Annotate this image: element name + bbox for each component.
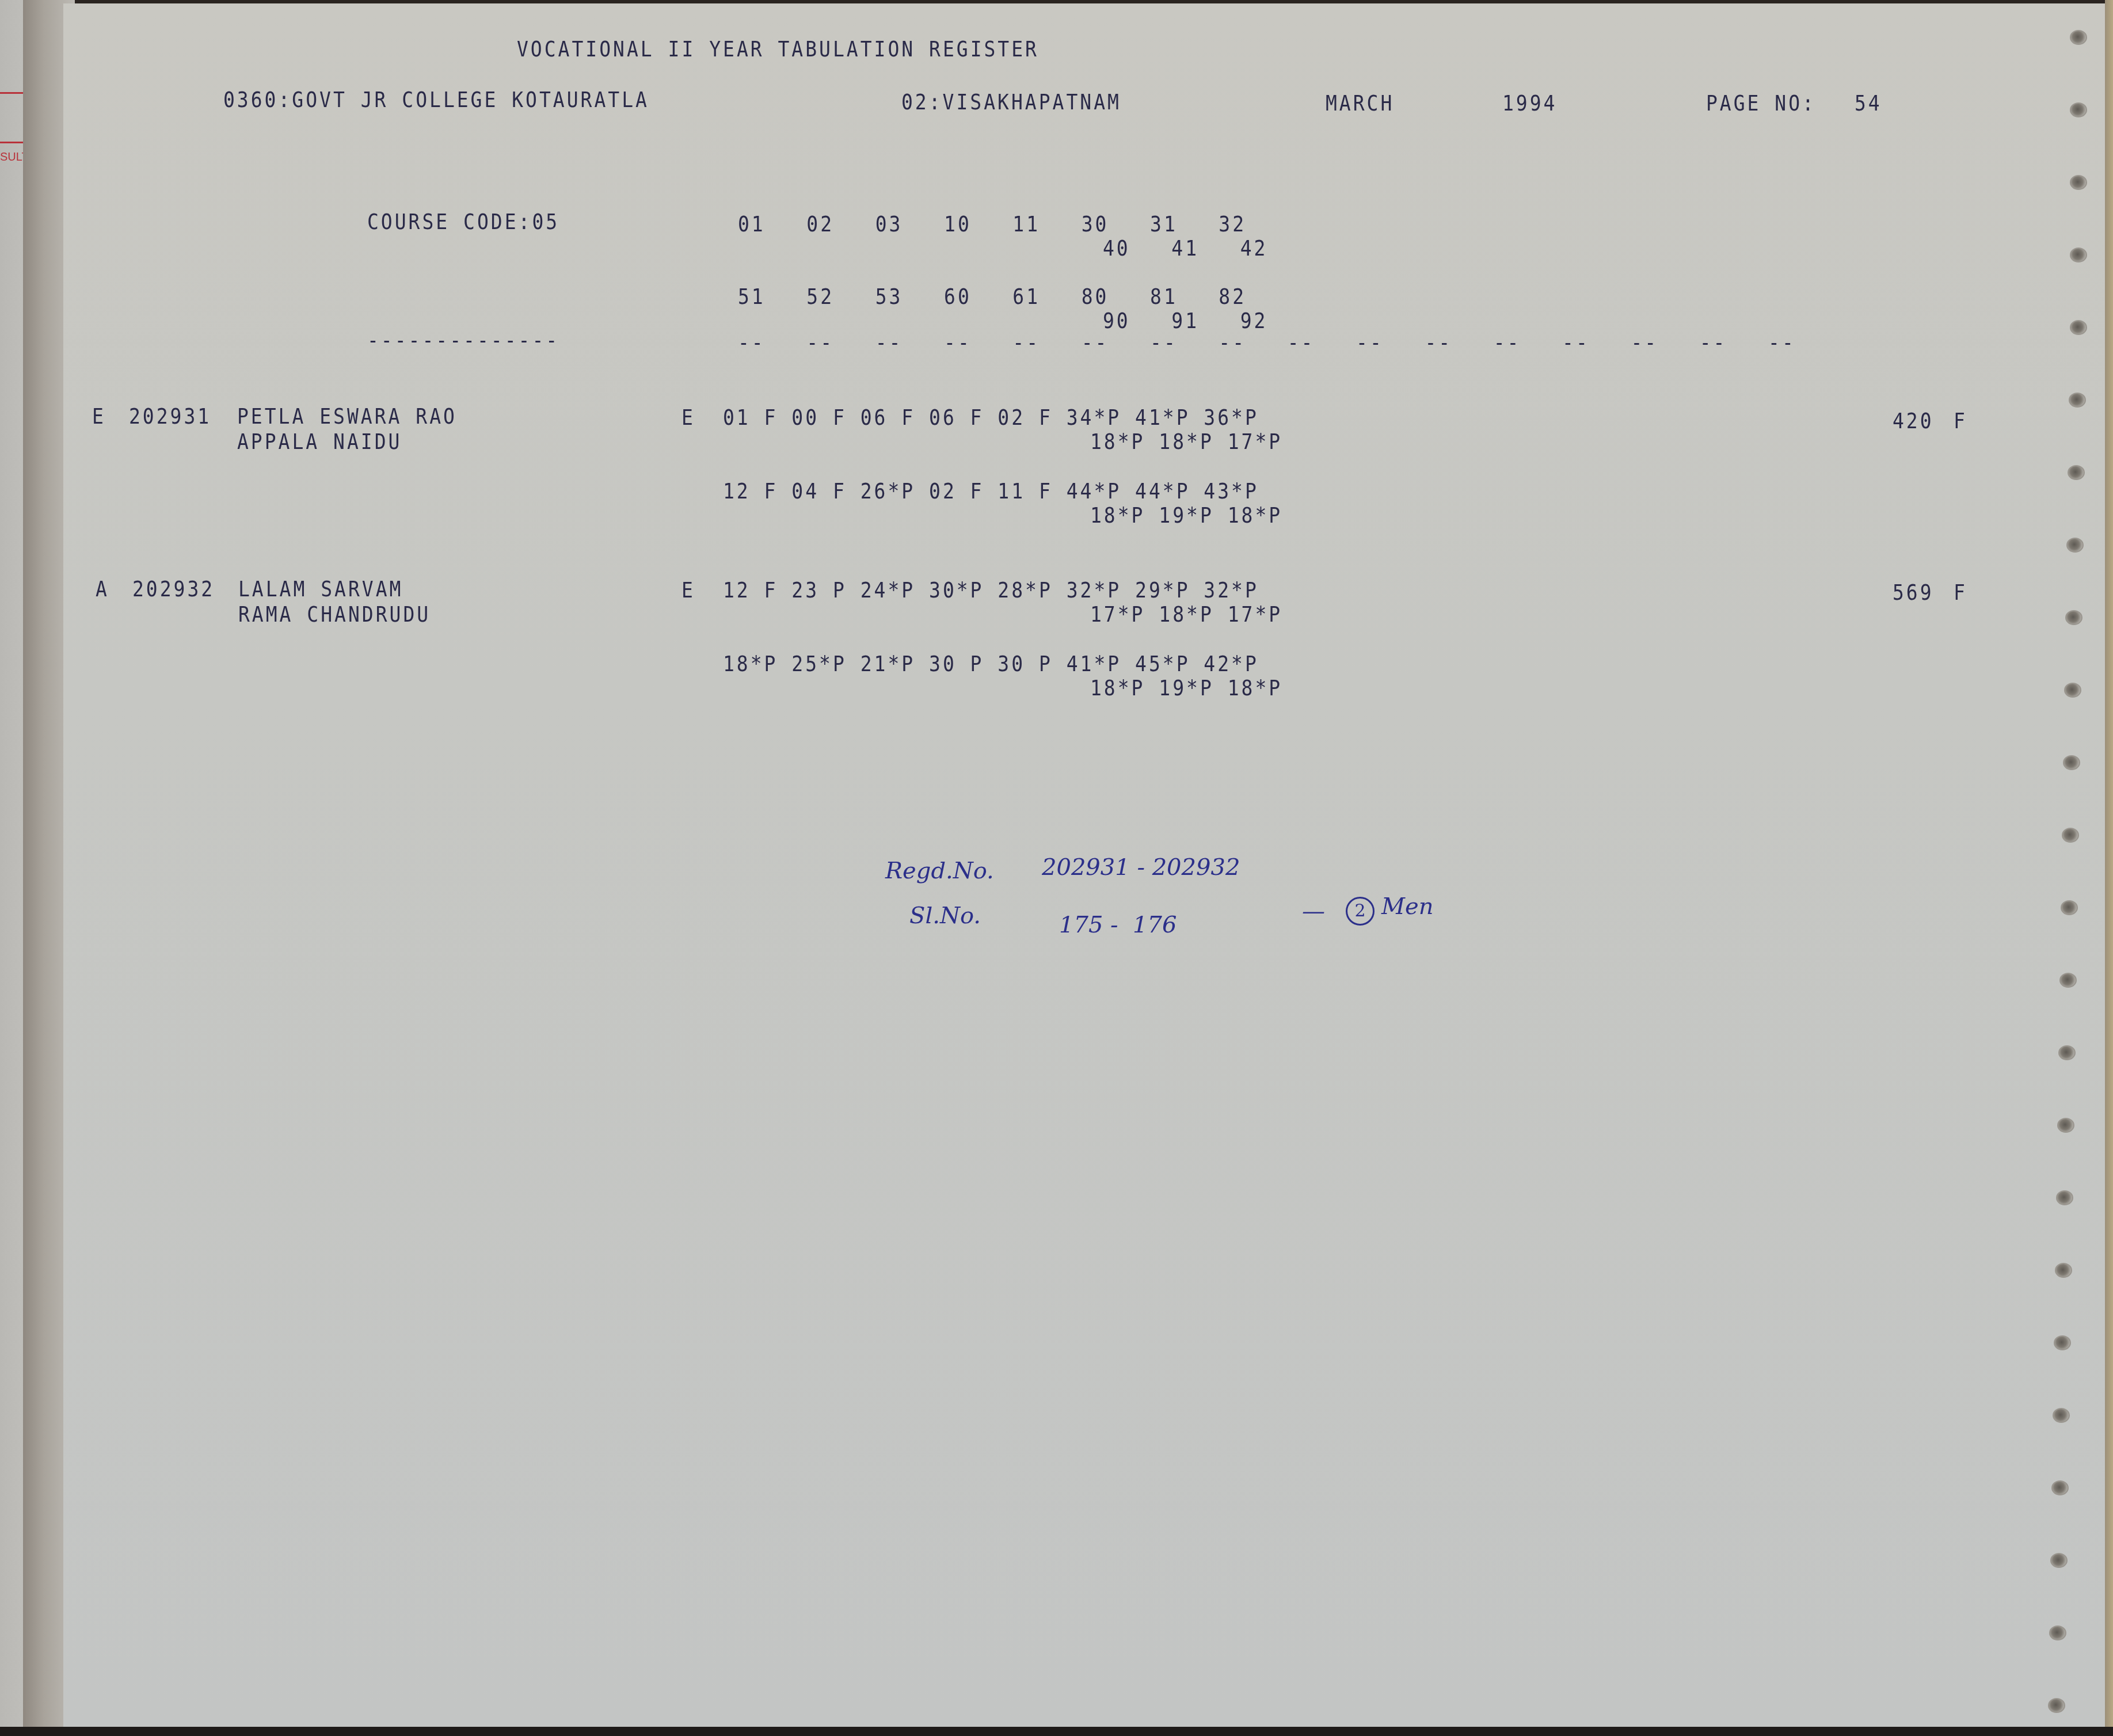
count-circled: 2 — [1346, 896, 1375, 926]
punch-hole-icon — [2056, 1190, 2073, 1205]
punch-hole-icon — [2068, 465, 2085, 480]
student-flag: E — [92, 403, 106, 429]
student-flag: A — [96, 576, 109, 601]
punch-hole-icon — [2059, 973, 2077, 988]
serial-no-label: Sl.No. — [909, 903, 981, 929]
total-marks: 569 — [1893, 579, 1934, 605]
circled-count: 2 — [1346, 897, 1375, 926]
punch-hole-icon — [2057, 1118, 2074, 1133]
punch-hole-icon — [2062, 828, 2079, 843]
punch-hole-icon — [2066, 538, 2084, 553]
count-dash: — — [1302, 898, 1325, 924]
red-margin-line — [0, 92, 23, 94]
marks-row-1: 12 F 23 P 24*P 30*P 28*P 32*P 29*P 32*P — [723, 577, 1259, 603]
punch-hole-icon — [2055, 1263, 2072, 1278]
punch-hole-icon — [2065, 610, 2082, 625]
marks-row-2b: 18*P 19*P 18*P — [1090, 502, 1282, 528]
result-status: F — [1954, 408, 1967, 433]
page-number: 54 — [1855, 90, 1882, 116]
punch-hole-icon — [2069, 393, 2086, 408]
punch-hole-icon — [2048, 1698, 2065, 1713]
student-medium: E — [682, 404, 695, 430]
subject-codes-row-1b: 40 41 42 — [1103, 235, 1267, 261]
punch-hole-icon — [2050, 1553, 2068, 1568]
student-father-name: RAMA CHANDRUDU — [238, 601, 431, 627]
punch-hole-icon — [2049, 1625, 2066, 1640]
total-marks: 420 — [1893, 408, 1934, 433]
punch-hole-icon — [2061, 900, 2078, 915]
header-rule-columns: -- -- -- -- -- -- -- -- -- -- -- -- -- -… — [738, 329, 1796, 355]
punch-hole-icon — [2054, 1335, 2071, 1350]
page-number-label: PAGE NO: — [1706, 90, 1816, 116]
count-label: Men — [1381, 893, 1433, 920]
punch-hole-icon — [2058, 1045, 2076, 1060]
red-margin-line — [0, 142, 23, 143]
punch-hole-icon — [2070, 102, 2087, 117]
student-reg-no: 202931 — [129, 403, 211, 429]
student-reg-no: 202932 — [132, 576, 215, 601]
subject-codes-row-1: 01 02 03 10 11 30 31 32 — [738, 211, 1246, 237]
student-medium: E — [682, 577, 695, 603]
marks-row-2: 12 F 04 F 26*P 02 F 11 F 44*P 44*P 43*P — [723, 478, 1259, 504]
student-father-name: APPALA NAIDU — [237, 428, 402, 454]
punch-hole-icon — [2070, 30, 2087, 45]
punch-hole-icon — [2053, 1408, 2070, 1423]
punch-hole-icon — [2070, 175, 2087, 190]
punch-hole-icon — [2063, 755, 2080, 770]
table-surface — [0, 1727, 2113, 1736]
reg-no-label: Regd.No. — [885, 858, 994, 884]
register-title: VOCATIONAL II YEAR TABULATION REGISTER — [517, 36, 1039, 62]
exam-year: 1994 — [1502, 90, 1557, 116]
subject-codes-row-2: 51 52 53 60 61 80 81 82 — [738, 283, 1246, 309]
marks-row-1b: 17*P 18*P 17*P — [1090, 601, 1282, 627]
result-status: F — [1954, 579, 1967, 605]
header-rule-left: -------------- — [367, 327, 559, 353]
student-name: PETLA ESWARA RAO — [237, 403, 457, 429]
district-name: 02:VISAKHAPATNAM — [901, 89, 1121, 115]
punch-hole-icon — [2070, 248, 2087, 262]
college-name: 0360:GOVT JR COLLEGE KOTAURATLA — [223, 86, 649, 112]
exam-month: MARCH — [1326, 90, 1394, 116]
student-name: LALAM SARVAM — [238, 576, 403, 601]
marks-row-1b: 18*P 18*P 17*P — [1090, 428, 1282, 454]
marks-row-2: 18*P 25*P 21*P 30 P 30 P 41*P 45*P 42*P — [723, 650, 1259, 676]
punch-hole-icon — [2070, 320, 2087, 335]
punch-hole-icon — [2051, 1480, 2069, 1495]
marks-row-1: 01 F 00 F 06 F 06 F 02 F 34*P 41*P 36*P — [723, 404, 1259, 430]
reg-no-range: 202931 - 202932 — [1042, 854, 1240, 881]
serial-no-range: 175 - 176 — [1059, 912, 1177, 938]
marks-row-2b: 18*P 19*P 18*P — [1090, 675, 1282, 701]
book-edge — [2105, 0, 2113, 1736]
punch-hole-icon — [2064, 683, 2081, 698]
course-code-label: COURSE CODE:05 — [367, 208, 559, 234]
